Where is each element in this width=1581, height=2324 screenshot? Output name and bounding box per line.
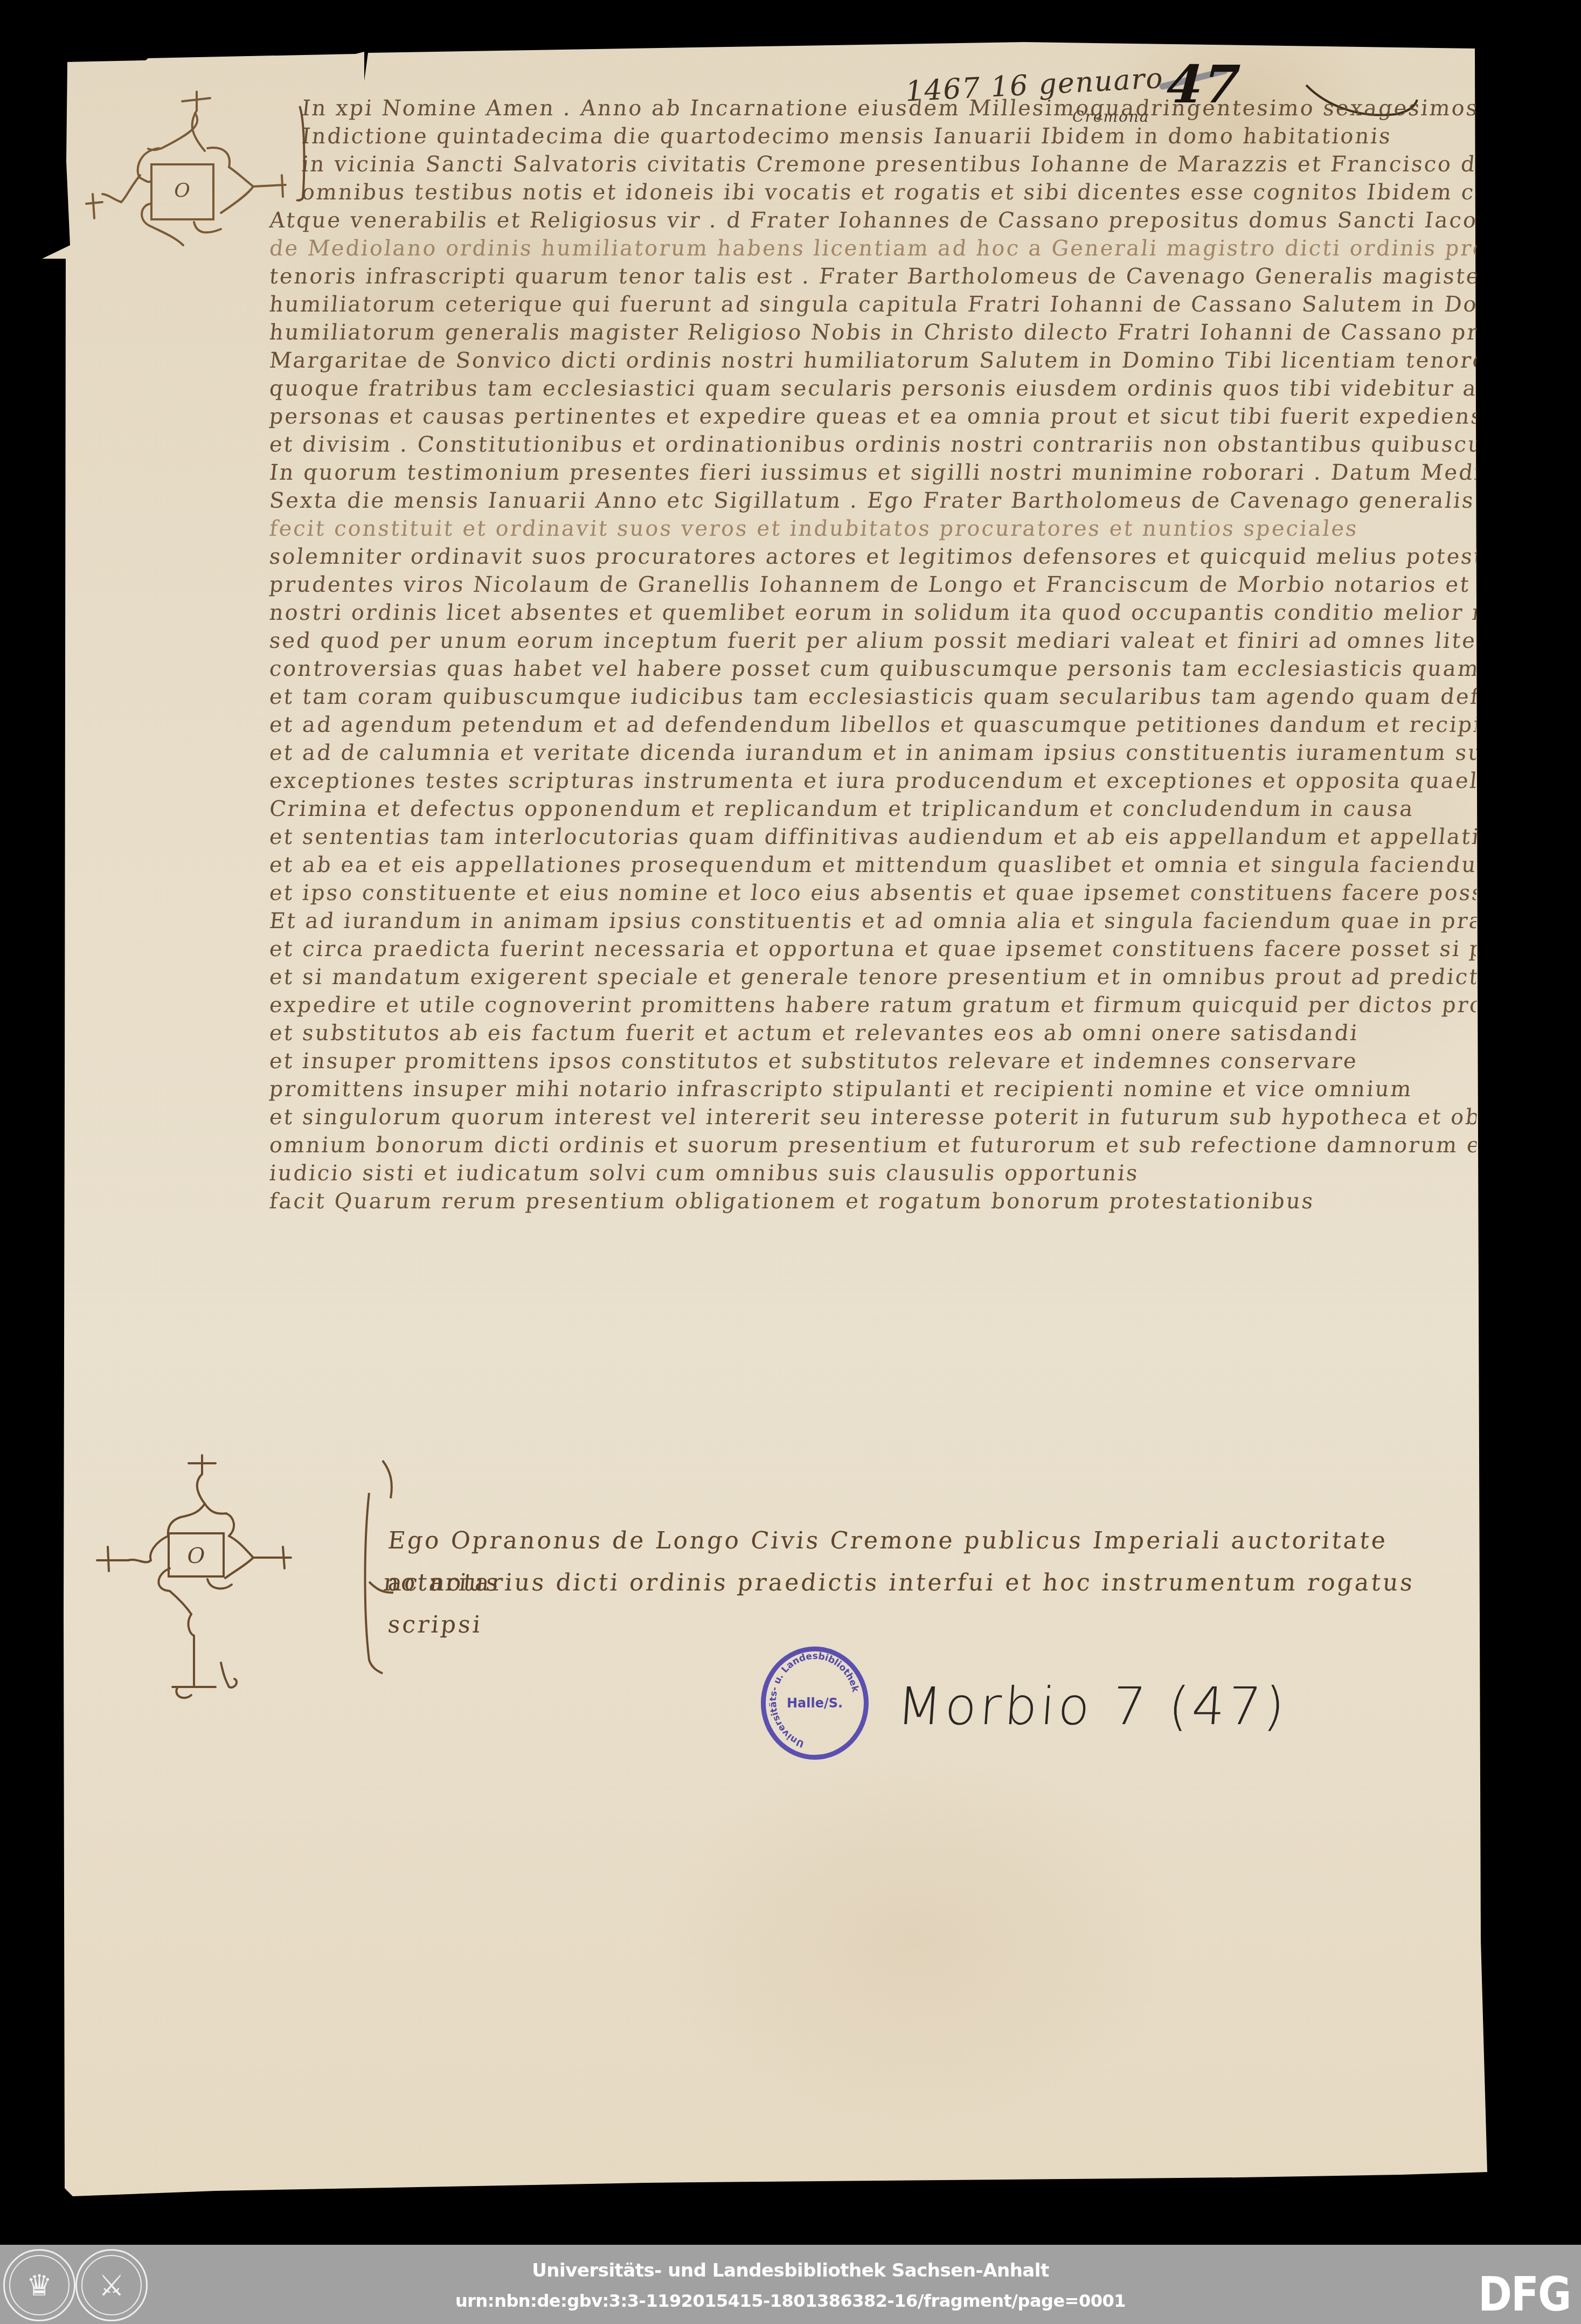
text-line: de Mediolano ordinis humiliatorum habens… bbox=[268, 234, 1478, 262]
text-line: et substitutos ab eis factum fuerit et a… bbox=[268, 1019, 1478, 1047]
text-line: et ipso constituente et eius nomine et l… bbox=[268, 879, 1478, 907]
text-line: et ab ea et eis appellationes prosequend… bbox=[268, 851, 1478, 879]
text-line: in vicinia Sancti Salvatoris civitatis C… bbox=[300, 150, 1478, 178]
text-line: et divisim . Constitutionibus et ordinat… bbox=[268, 431, 1478, 459]
text-line: et circa praedicta fuerint necessaria et… bbox=[268, 935, 1478, 963]
text-line: promittens insuper mihi notario infrascr… bbox=[268, 1075, 1478, 1103]
text-line: prudentes viros Nicolaum de Granellis Io… bbox=[268, 571, 1478, 599]
text-line: iudicio sisti et iudicatum solvi cum omn… bbox=[268, 1159, 1478, 1187]
text-line: Margaritae de Sonvico dicti ordinis nost… bbox=[268, 347, 1478, 375]
svg-text:O: O bbox=[174, 179, 190, 202]
subscription-line: Ego Opranonus de Longo Civis Cremone pub… bbox=[386, 1520, 1468, 1562]
text-line: fecit constituit et ordinavit suos veros… bbox=[268, 515, 1478, 543]
text-line: Et ad iurandum in animam ipsius constitu… bbox=[268, 907, 1478, 935]
text-line: et sententias tam interlocutorias quam d… bbox=[268, 823, 1478, 851]
text-line: omnium bonorum dicti ordinis et suorum p… bbox=[268, 1131, 1478, 1159]
text-line: Crimina et defectus opponendum et replic… bbox=[268, 795, 1478, 823]
text-line: quoque fratribus tam ecclesiastici quam … bbox=[268, 375, 1478, 403]
text-line: tenoris infrascripti quarum tenor talis … bbox=[268, 262, 1478, 290]
subscription-line: scripsi bbox=[386, 1604, 1468, 1646]
text-line: personas et causas pertinentes et expedi… bbox=[268, 403, 1478, 431]
notary-sign-top-icon: O bbox=[75, 81, 291, 253]
document-viewer: O 1467 16 genuaro Cremona 47 In xpi Nomi… bbox=[0, 0, 1581, 2245]
notary-sign-bottom-icon: O bbox=[92, 1450, 329, 1703]
text-line: Indictione quintadecima die quartodecimo… bbox=[300, 122, 1478, 150]
text-line: et si mandatum exigerent speciale et gen… bbox=[268, 963, 1478, 991]
text-line: expedire et utile cognoverint promittens… bbox=[268, 991, 1478, 1019]
text-line: omnibus testibus notis et idoneis ibi vo… bbox=[300, 178, 1478, 206]
subscription-line: ac notarius dicti ordinis praedictis int… bbox=[386, 1562, 1468, 1604]
institution-name: Universitäts- und Landesbibliothek Sachs… bbox=[0, 2260, 1581, 2281]
text-line: Atque venerabilis et Religiosus vir . d … bbox=[268, 206, 1478, 234]
text-line: controversias quas habet vel habere poss… bbox=[268, 655, 1478, 683]
urn-identifier[interactable]: urn:nbn:de:gbv:3:3-1192015415-1801386382… bbox=[0, 2291, 1581, 2311]
text-line: In xpi Nomine Amen . Anno ab Incarnation… bbox=[300, 94, 1478, 122]
notary-subscription: Ego Opranonus de Longo Civis Cremone pub… bbox=[388, 1520, 1466, 1646]
text-line: et tam coram quibuscumque iudicibus tam … bbox=[268, 683, 1478, 711]
text-line: nostri ordinis licet absentes et quemlib… bbox=[268, 599, 1478, 627]
text-line: In quorum testimonium presentes fieri iu… bbox=[268, 459, 1478, 487]
library-stamp: Universitäts- u. Landesbibliothek Halle/… bbox=[761, 1647, 869, 1760]
text-line: et ad de calumnia et veritate dicenda iu… bbox=[268, 739, 1478, 767]
text-line: et insuper promittens ipsos constitutos … bbox=[268, 1047, 1478, 1075]
charter-body-text: In xpi Nomine Amen . Anno ab Incarnation… bbox=[302, 94, 1476, 1215]
text-line: Sexta die mensis Ianuarii Anno etc Sigil… bbox=[268, 487, 1478, 515]
text-line: exceptiones testes scripturas instrument… bbox=[268, 767, 1478, 795]
text-line: humiliatorum generalis magister Religios… bbox=[268, 319, 1478, 347]
dfg-logo: DFG bbox=[1478, 2266, 1570, 2321]
text-line: solemniter ordinavit suos procuratores a… bbox=[268, 543, 1478, 571]
stamp-center-text: Halle/S. bbox=[787, 1696, 843, 1711]
svg-text:O: O bbox=[188, 1544, 205, 1568]
text-line: humiliatorum ceterique qui fuerunt ad si… bbox=[268, 290, 1478, 319]
text-line: facit Quarum rerum presentium obligation… bbox=[268, 1187, 1478, 1215]
text-line: et singulorum quorum interest vel intere… bbox=[268, 1103, 1478, 1131]
footer-bar: ♛ ⚔ Universitäts- und Landesbibliothek S… bbox=[0, 2245, 1581, 2324]
text-line: sed quod per unum eorum inceptum fuerit … bbox=[268, 627, 1478, 655]
text-line: et ad agendum petendum et ad defendendum… bbox=[268, 711, 1478, 739]
shelfmark: Morbio 7 (47) bbox=[895, 1676, 1289, 1737]
